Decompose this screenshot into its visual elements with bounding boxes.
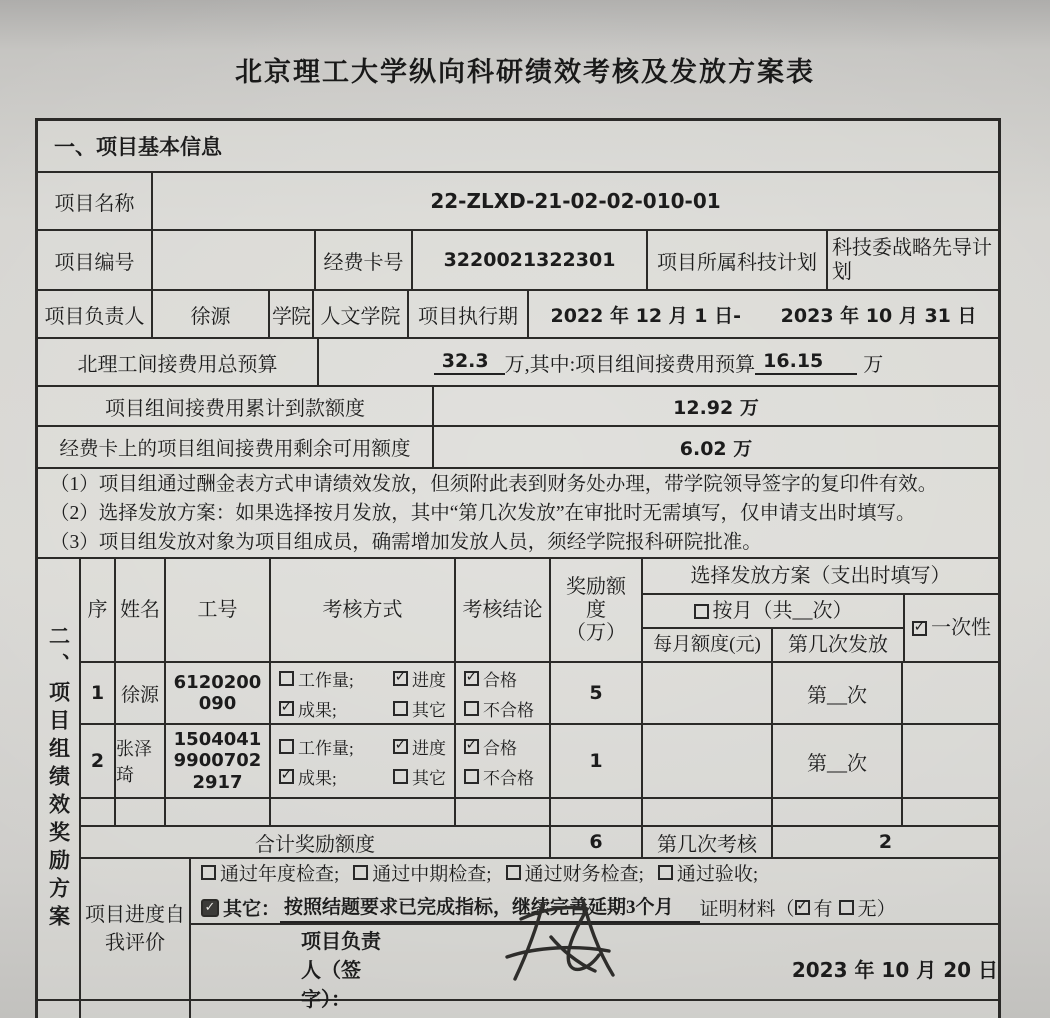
school-value: 人文学院 [314, 291, 409, 337]
received-value: 12.92 万 [434, 387, 998, 425]
progress-label: 进度 [412, 734, 446, 759]
other-option-label: 其它： [223, 894, 280, 921]
project-no-value [153, 231, 316, 289]
result-label: 成果; [298, 696, 337, 721]
other-option-checkbox [201, 899, 219, 917]
remaining-row: 经费卡上的项目组间接费用剩余可用额度 6.02 万 [38, 427, 998, 469]
project-name-row: 项目名称 22-ZLXD-21-02-02-010-01 [38, 173, 998, 231]
member-row-2: 2 张泽琦 150404199007022917 工作量;进度 成果;其它 合格… [81, 725, 998, 799]
pi-value: 徐源 [153, 291, 270, 337]
progress-label: 进度 [412, 666, 446, 691]
assess-value: 2 [773, 827, 998, 857]
member1-seq: 1 [81, 663, 116, 723]
workload-checkbox [279, 671, 294, 686]
workload-label: 工作量; [298, 666, 354, 691]
period-value: 2022 年 12 月 1 日- 2023 年 10 月 31 日 [529, 291, 998, 337]
workload-checkbox [279, 739, 294, 754]
header-conclusion: 考核结论 [456, 559, 551, 661]
member2-seq: 2 [81, 725, 116, 797]
header-which-time: 第几次发放 [773, 629, 903, 661]
program-value: 科技委战略先导计划 [828, 231, 998, 289]
result-label: 成果; [298, 764, 337, 789]
program-label: 项目所属科技计划 [648, 231, 828, 289]
pass-label: 合格 [483, 734, 517, 759]
pi-label: 项目负责人 [38, 291, 153, 337]
section2-block: 二、项目组绩效奖励方案 序 姓名 工号 考核方式 考核结论 奖励额度（万） 选择… [38, 559, 998, 999]
note-1: （1）项目组通过酬金表方式申请绩效发放，但须附此表到财务处办理，带学院领导签字的… [50, 470, 937, 499]
acceptance-checkbox [658, 865, 673, 880]
header-plan: 选择发放方案（支出时填写） [643, 559, 998, 595]
member2-monthly-amount [643, 725, 773, 797]
sign-label: 项目负责人（签字）： [301, 925, 392, 1012]
assess-label: 第几次考核 [643, 827, 773, 857]
budget-group-value: 16.15 [755, 350, 857, 375]
acceptance-label: 通过验收; [677, 859, 758, 886]
member1-onetime [903, 663, 998, 723]
other-checkbox [393, 701, 408, 716]
project-no-label: 项目编号 [38, 231, 153, 289]
total-label: 合计奖励额度 [81, 827, 551, 857]
empty-member-row [81, 799, 998, 827]
pass-label: 合格 [483, 666, 517, 691]
evidence-no-label: 无） [858, 894, 896, 921]
progress-checkbox [393, 671, 408, 686]
received-label: 项目组间接费用累计到款额度 [38, 387, 434, 425]
evidence-yes-checkbox [795, 900, 810, 915]
progress-block: 项目进度自我评价 通过年度检查; 通过中期检查; 通过财务检查; 通过验收; [81, 859, 998, 999]
midterm-check-label: 通过中期检查; [372, 859, 491, 886]
evidence-label: 证明材料（ [700, 894, 795, 921]
member1-amount: 5 [551, 663, 643, 723]
form-table: 一、项目基本信息 项目名称 22-ZLXD-21-02-02-010-01 项目… [35, 118, 1001, 1018]
remaining-value: 6.02 万 [434, 427, 998, 467]
header-name: 姓名 [116, 559, 166, 661]
header-monthly-amount: 每月额度(元) [643, 629, 773, 661]
note-3: （3）项目组发放对象为项目组成员，确需增加发放人员，须经学院报科研院批准。 [50, 528, 762, 557]
budget-value-cell: 32.3 万,其中:项目组间接费用预算 16.15 万 [319, 339, 998, 385]
member1-name: 徐源 [116, 663, 166, 723]
project-name-label: 项目名称 [38, 173, 153, 229]
member1-monthly-amount [643, 663, 773, 723]
member2-amount: 1 [551, 725, 643, 797]
section2-vertical-label: 二、项目组绩效奖励方案 [38, 559, 81, 999]
remaining-label: 经费卡上的项目组间接费用剩余可用额度 [38, 427, 434, 467]
pass-checkbox [464, 671, 479, 686]
fail-checkbox [464, 769, 479, 784]
fail-label: 不合格 [483, 696, 534, 721]
pi-signature [491, 897, 651, 997]
annual-check-checkbox [201, 865, 216, 880]
evidence-yes-label: 有 [814, 894, 833, 921]
pass-checkbox [464, 739, 479, 754]
header-monthly: 按月（共__次） [713, 600, 853, 623]
member2-onetime [903, 725, 998, 797]
received-row: 项目组间接费用累计到款额度 12.92 万 [38, 387, 998, 427]
other-checkbox [393, 769, 408, 784]
fund-card-label: 经费卡号 [316, 231, 413, 289]
section1-header: 一、项目基本信息 [38, 121, 998, 171]
project-number-row: 项目编号 经费卡号 3220021322301 项目所属科技计划 科技委战略先导… [38, 231, 998, 291]
member-row-1: 1 徐源 6120200090 工作量;进度 成果;其它 合格 不合格 5 [81, 663, 998, 725]
pi-row: 项目负责人 徐源 学院 人文学院 项目执行期 2022 年 12 月 1 日- … [38, 291, 998, 339]
header-onetime-cell: 一次性 [905, 595, 998, 661]
member1-which: 第__次 [773, 663, 903, 723]
finance-check-label: 通过财务检查; [525, 859, 644, 886]
result-checkbox [279, 769, 294, 784]
section1-header-row: 一、项目基本信息 [38, 121, 998, 173]
total-value: 6 [551, 827, 643, 857]
member2-name: 张泽琦 [116, 725, 166, 797]
header-onetime: 一次性 [931, 617, 991, 640]
scanned-document: { "title": "北京理工大学纵向科研绩效考核及发放方案表", "sect… [0, 0, 1050, 1018]
header-method: 考核方式 [271, 559, 456, 661]
monthly-checkbox [694, 604, 709, 619]
total-row: 合计奖励额度 6 第几次考核 2 [81, 827, 998, 859]
member2-emp-id: 150404199007022917 [166, 725, 271, 797]
budget-label: 北理工间接费用总预算 [38, 339, 319, 385]
fail-checkbox [464, 701, 479, 716]
header-amount: 奖励额度（万） [551, 559, 643, 661]
school-label: 学院 [270, 291, 314, 337]
other-label: 其它 [412, 764, 446, 789]
budget-unit-label: 万 [863, 348, 883, 377]
project-name-value: 22-ZLXD-21-02-02-010-01 [153, 173, 998, 229]
period-label: 项目执行期 [409, 291, 529, 337]
header-seq: 序 [81, 559, 116, 661]
member2-which: 第__次 [773, 725, 903, 797]
result-checkbox [279, 701, 294, 716]
evidence-no-checkbox [839, 900, 854, 915]
finance-check-checkbox [506, 865, 521, 880]
notes-row: （1）项目组通过酬金表方式申请绩效发放，但须附此表到财务处办理，带学院领导签字的… [38, 469, 998, 559]
workload-label: 工作量; [298, 734, 354, 759]
annual-check-label: 通过年度检查; [220, 859, 339, 886]
onetime-checkbox [912, 621, 927, 636]
header-monthly-cell: 按月（共__次） [643, 595, 903, 629]
header-emp-id: 工号 [166, 559, 271, 661]
sign-date: 2023 年 10 月 20 日 [792, 954, 998, 983]
note-2: （2）选择发放方案：如果选择按月发放，其中“第几次发放”在审批时无需填写，仅申请… [50, 499, 916, 528]
other-label: 其它 [412, 696, 446, 721]
progress-label: 项目进度自我评价 [81, 859, 191, 999]
budget-total-value: 32.3 [434, 350, 505, 375]
midterm-check-checkbox [353, 865, 368, 880]
budget-mid-label: 万,其中:项目组间接费用预算 [505, 348, 756, 377]
progress-checkbox [393, 739, 408, 754]
notes-block: （1）项目组通过酬金表方式申请绩效发放，但须附此表到财务处办理，带学院领导签字的… [38, 469, 998, 557]
member1-emp-id: 6120200090 [166, 663, 271, 723]
form-title: 北京理工大学纵向科研绩效考核及发放方案表 [0, 50, 1050, 89]
fund-card-value: 3220021322301 [413, 231, 648, 289]
fail-label: 不合格 [483, 764, 534, 789]
budget-row: 北理工间接费用总预算 32.3 万,其中:项目组间接费用预算 16.15 万 [38, 339, 998, 387]
